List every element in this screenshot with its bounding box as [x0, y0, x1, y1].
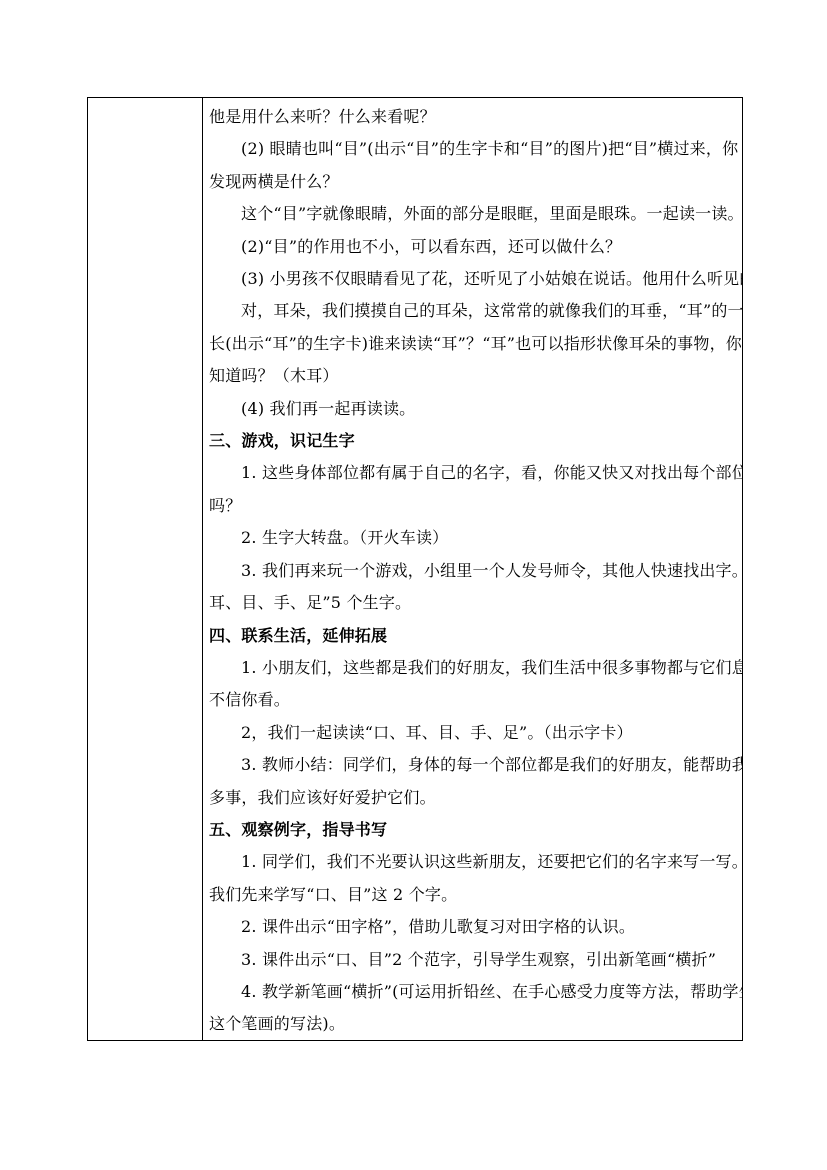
text-line: 1. 这些身体部位都有属于自己的名字，看，你能又快又对找出每个部位的名字 [209, 457, 738, 489]
section-heading: 三、游戏，识记生字 [209, 425, 738, 457]
text-line: (3) 小男孩不仅眼睛看见了花，还听见了小姑娘在说话。他用什么听见的？ [209, 263, 738, 295]
text-line: 4. 教学新笔画“横折”(可运用折铅丝、在手心感受力度等方法，帮助学生掌握 [209, 976, 738, 1008]
text-line: 我们先来学写“口、目”这 2 个字。 [209, 879, 738, 911]
text-line: 1. 小朋友们，这些都是我们的好朋友，我们生活中很多事物都与它们息息相关， [209, 652, 738, 684]
text-line: (4) 我们再一起再读读。 [209, 393, 738, 425]
text-line: (2)“目”的作用也不小，可以看东西，还可以做什么？ [209, 231, 738, 263]
document-page: 他是用什么来听？什么来看呢？(2) 眼睛也叫“目”(出示“目”的生字卡和“目”的… [0, 0, 827, 1170]
text-line: 对，耳朵，我们摸摸自己的耳朵，这常常的就像我们的耳垂，“耳”的一竖要写 [209, 295, 738, 327]
text-line: 他是用什么来听？什么来看呢？ [209, 101, 738, 133]
table-cell-left [88, 98, 203, 1040]
text-line: 2. 课件出示“田字格”，借助儿歌复习对田字格的认识。 [209, 911, 738, 943]
text-line: 多事，我们应该好好爱护它们。 [209, 782, 738, 814]
text-line: 这个笔画的写法)。 [209, 1008, 738, 1040]
text-line: 发现两横是什么？ [209, 166, 738, 198]
text-line: 耳、目、手、足”5 个生字。 [209, 587, 738, 619]
text-line: 吗？ [209, 490, 738, 522]
section-heading: 五、观察例字，指导书写 [209, 814, 738, 846]
text-line: (2) 眼睛也叫“目”(出示“目”的生字卡和“目”的图片)把“目”横过来，你 [209, 133, 738, 165]
text-line: 知道吗？（木耳） [209, 360, 738, 392]
text-line: 长(出示“耳”的生字卡)谁来读读“耳”？“耳”也可以指形状像耳朵的事物，你 [209, 328, 738, 360]
text-line: 3. 我们再来玩一个游戏，小组里一个人发号师令，其他人快速找出字。认读“口、 [209, 555, 738, 587]
text-line: 2. 生字大转盘。（开火车读） [209, 522, 738, 554]
text-line: 2，我们一起读读“口、耳、目、手、足”。（出示字卡） [209, 717, 738, 749]
text-line: 3. 课件出示“口、目”2 个范字，引导学生观察，引出新笔画“横折” [209, 944, 738, 976]
text-line: 1. 同学们，我们不光要认识这些新朋友，还要把它们的名字来写一写。这节课， [209, 846, 738, 878]
table-cell-right: 他是用什么来听？什么来看呢？(2) 眼睛也叫“目”(出示“目”的生字卡和“目”的… [203, 98, 742, 1040]
text-line: 这个“目”字就像眼睛，外面的部分是眼眶，里面是眼珠。一起读一读。 [209, 198, 738, 230]
text-line: 不信你看。 [209, 684, 738, 716]
section-heading: 四、联系生活，延伸拓展 [209, 620, 738, 652]
lesson-plan-table: 他是用什么来听？什么来看呢？(2) 眼睛也叫“目”(出示“目”的生字卡和“目”的… [87, 97, 743, 1041]
text-line: 3. 教师小结：同学们，身体的每一个部位都是我们的好朋友，能帮助我们做很 [209, 749, 738, 781]
lesson-text: 他是用什么来听？什么来看呢？(2) 眼睛也叫“目”(出示“目”的生字卡和“目”的… [209, 101, 738, 1040]
